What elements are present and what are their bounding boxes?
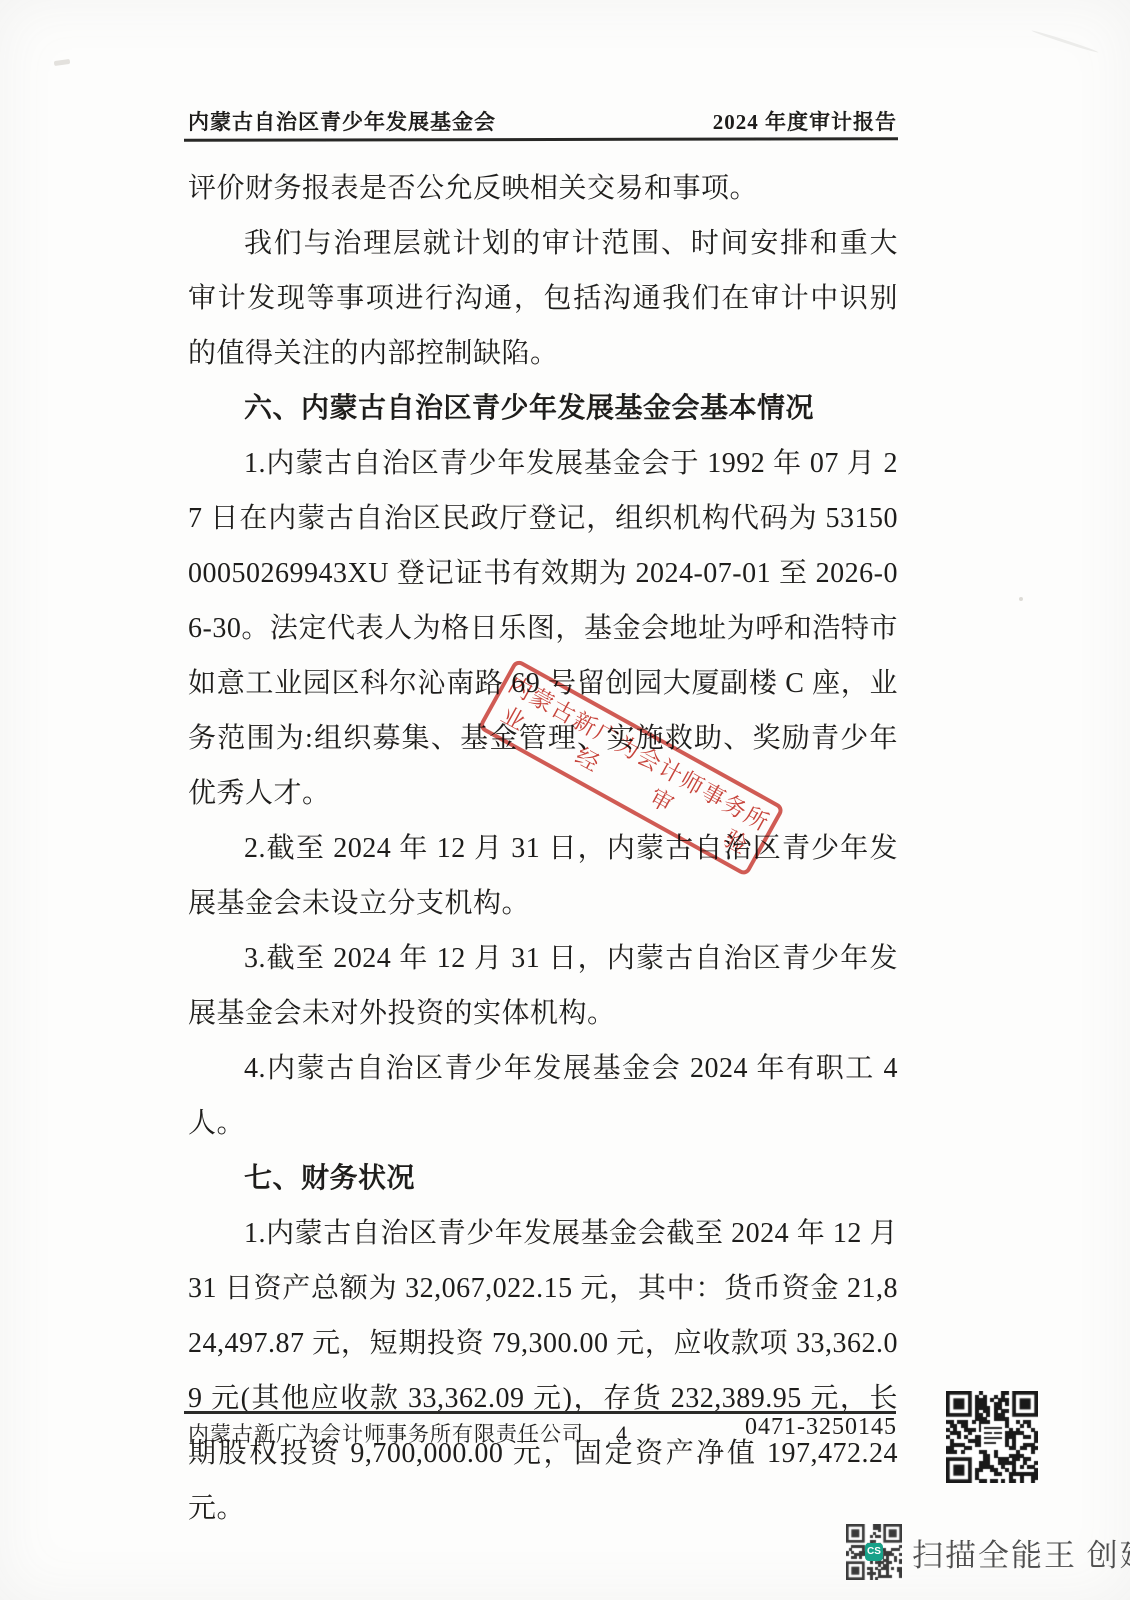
paragraph: 我们与治理层就计划的审计范围、时间安排和重大审计发现等事项进行沟通，包括沟通我们… [188,216,898,381]
scanner-watermark: CS 扫描全能王 创建 [846,1524,1130,1580]
scanned-audit-report-page: 内蒙古自治区青少年发展基金会 2024 年度审计报告 评价财务报表是否公允反映相… [0,0,1130,1600]
paragraph: 六、内蒙古自治区青少年发展基金会基本情况 [188,381,898,436]
paragraph: 1.内蒙古自治区青少年发展基金会截至 2024 年 12 月 31 日资产总额为… [188,1206,898,1536]
paragraph: 4.内蒙古自治区青少年发展基金会 2024 年有职工 4 人。 [188,1041,898,1151]
camscanner-logo-icon: CS [865,1543,883,1561]
header-right-title: 2024 年度审计报告 [713,106,897,136]
paragraph: 评价财务报表是否公允反映相关交易和事项。 [188,161,898,216]
document-body: 评价财务报表是否公允反映相关交易和事项。我们与治理层就计划的审计范围、时间安排和… [188,161,898,1536]
header-rule [184,137,898,141]
footer-phone: 0471-3250145 [745,1414,897,1441]
scan-speck [1019,597,1023,601]
paragraph: 2.截至 2024 年 12 月 31 日，内蒙古自治区青少年发展基金会未设立分… [188,821,898,931]
paragraph: 3.截至 2024 年 12 月 31 日，内蒙古自治区青少年发展基金会未对外投… [188,931,898,1041]
footer-company: 内蒙古新广为会计师事务所有限责任公司 [188,1422,584,1446]
paragraph: 七、财务状况 [188,1151,898,1206]
header-left-title: 内蒙古自治区青少年发展基金会 [188,106,496,136]
watermark-text: 扫描全能王 创建 [912,1530,1130,1575]
scan-speck [1031,29,1099,53]
page-number: 4 [616,1421,628,1446]
qr-code [946,1391,1038,1483]
watermark-qr-wrap: CS [846,1524,902,1580]
scan-speck [54,59,71,66]
footer-left: 内蒙古新广为会计师事务所有限责任公司4 [188,1418,628,1448]
